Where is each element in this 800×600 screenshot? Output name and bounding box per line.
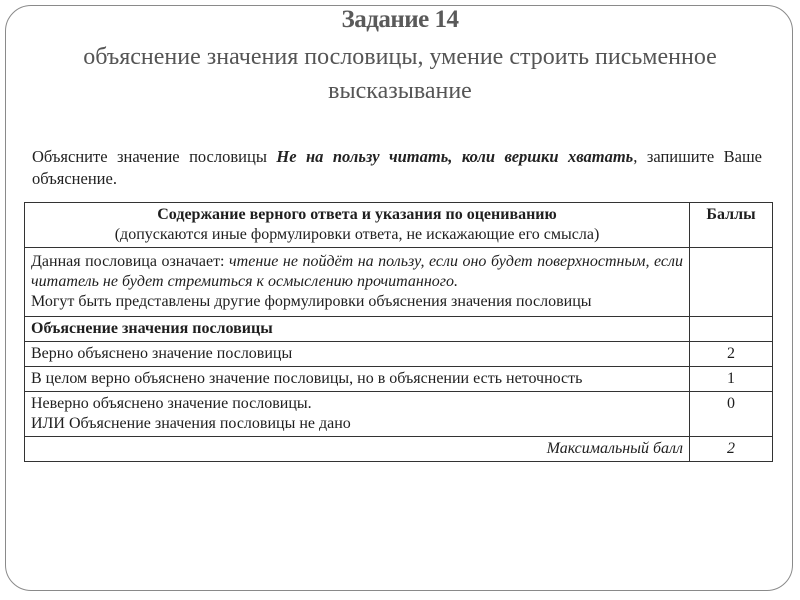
explanation-score-cell bbox=[690, 248, 773, 317]
explanation-lead: Данная пословица означает: bbox=[31, 253, 229, 270]
criterion-score: 2 bbox=[690, 342, 773, 367]
criterion-text: Верно объяснено значение пословицы bbox=[25, 342, 690, 367]
criterion-text: Неверно объяснено значение пословицы. ИЛ… bbox=[25, 392, 690, 437]
content-header-note: (допускаются иные формулировки ответа, н… bbox=[31, 225, 683, 245]
table-header-row: Содержание верного ответа и указания по … bbox=[25, 203, 773, 248]
content-header-title: Содержание верного ответа и указания по … bbox=[31, 205, 683, 225]
section-row: Объяснение значения пословицы bbox=[25, 317, 773, 342]
section-score-cell bbox=[690, 317, 773, 342]
explanation-note: Могут быть представлены другие формулиро… bbox=[31, 292, 683, 312]
criterion-text: В целом верно объяснено значение послови… bbox=[25, 367, 690, 392]
explanation-row: Данная пословица означает: чтение не пой… bbox=[25, 248, 773, 317]
criterion-score: 1 bbox=[690, 367, 773, 392]
criterion-text-line1: Неверно объяснено значение пословицы. bbox=[31, 394, 683, 414]
score-header: Баллы bbox=[690, 203, 773, 248]
table-row: В целом верно объяснено значение послови… bbox=[25, 367, 773, 392]
rubric-table: Содержание верного ответа и указания по … bbox=[24, 202, 773, 462]
slide-subtitle: объяснение значения пословицы, умение ст… bbox=[30, 40, 770, 108]
slide-title: Задание 14 bbox=[0, 6, 800, 34]
explanation-cell: Данная пословица означает: чтение не пой… bbox=[25, 248, 690, 317]
criterion-text-line2: ИЛИ Объяснение значения пословицы не дан… bbox=[31, 414, 683, 434]
max-score-row: Максимальный балл 2 bbox=[25, 437, 773, 462]
max-score-value: 2 bbox=[690, 437, 773, 462]
table-row: Верно объяснено значение пословицы 2 bbox=[25, 342, 773, 367]
max-score-label: Максимальный балл bbox=[25, 437, 690, 462]
table-row: Неверно объяснено значение пословицы. ИЛ… bbox=[25, 392, 773, 437]
question-text: Объясните значение пословицы Не на польз… bbox=[32, 146, 762, 190]
criterion-score: 0 bbox=[690, 392, 773, 437]
proverb: Не на пользу читать, коли вершки хватать bbox=[276, 147, 633, 166]
question-prefix: Объясните значение пословицы bbox=[32, 147, 276, 166]
section-title: Объяснение значения пословицы bbox=[25, 317, 690, 342]
content-header: Содержание верного ответа и указания по … bbox=[25, 203, 690, 248]
